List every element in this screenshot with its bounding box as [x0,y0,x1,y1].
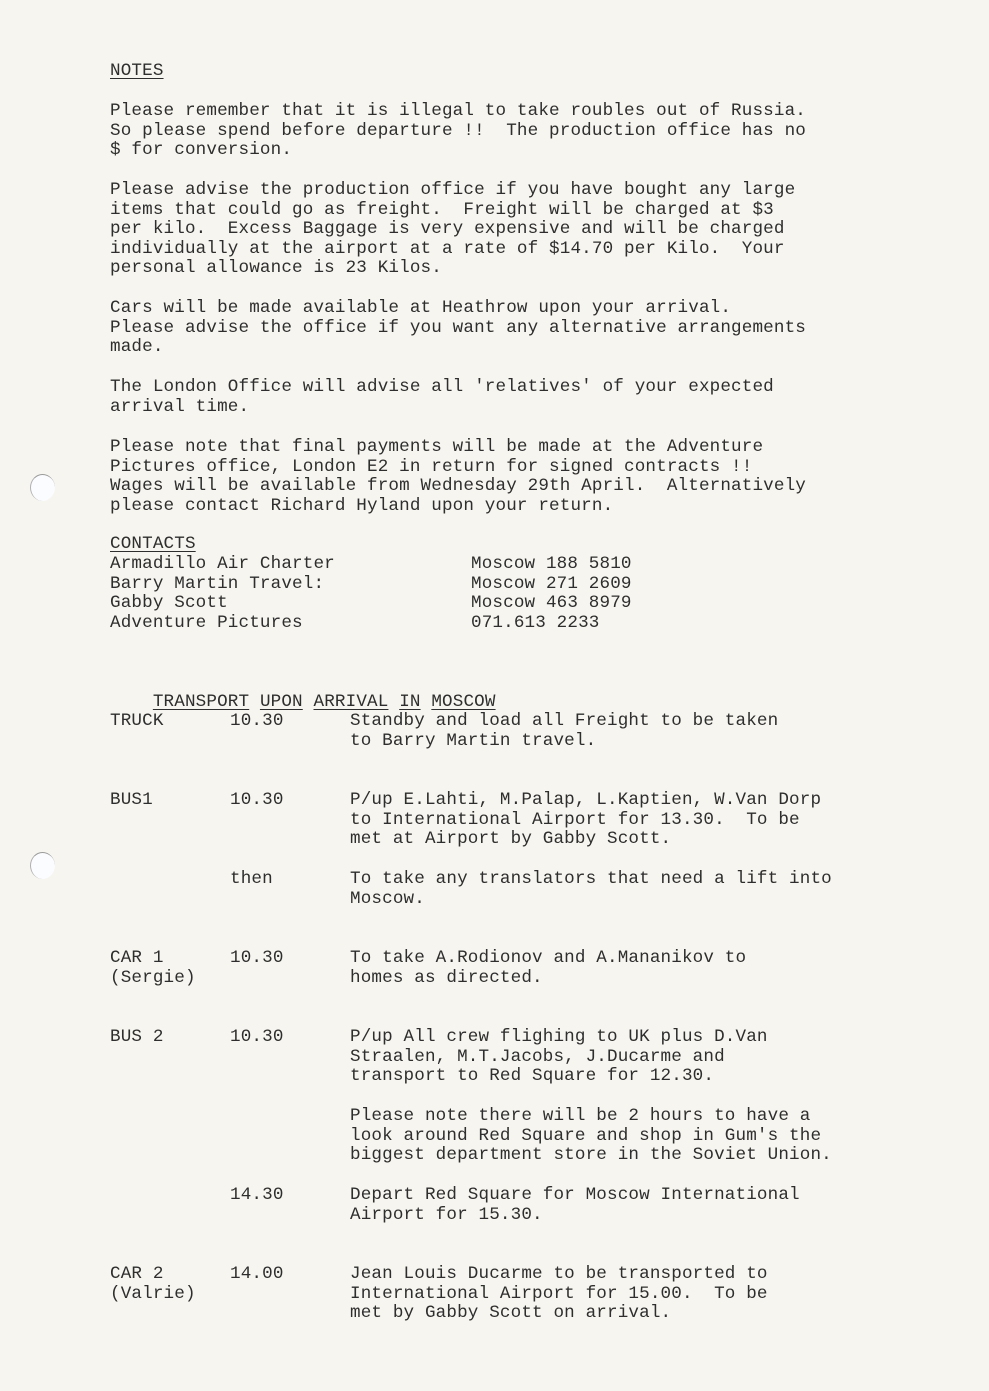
schedule-vehicle: TRUCK [110,712,164,732]
contact-name: Armadillo Air Charter [110,555,335,575]
schedule-time: 10.30 [230,712,284,732]
binder-hole [30,474,55,501]
transport-heading-word: UPON [260,692,303,712]
contact-name: Adventure Pictures [110,614,303,634]
notes-paragraph: Cars will be made available at Heathrow … [110,299,806,358]
binder-hole [30,852,55,879]
transport-heading-word: MOSCOW [431,692,495,712]
contact-number: Moscow 463 8979 [471,594,632,614]
schedule-time: 10.30 [230,791,284,811]
schedule-description: To take A.Rodionov and A.Mananikov to ho… [350,949,746,988]
contact-number: 071.613 2233 [471,614,600,634]
schedule-vehicle: BUS1 [110,791,153,811]
contact-name: Gabby Scott [110,594,228,614]
notes-paragraph: Please advise the production office if y… [110,181,795,279]
transport-heading-word: IN [399,692,420,712]
notes-heading: NOTES [110,62,164,82]
schedule-time: 10.30 [230,949,284,969]
schedule-description: Standby and load all Freight to be taken… [350,712,778,751]
transport-heading-word: TRANSPORT [153,692,249,712]
notes-paragraph: Please remember that it is illegal to ta… [110,102,806,161]
schedule-time: 14.00 [230,1265,284,1285]
contact-name: Barry Martin Travel: [110,575,324,595]
document-page: NOTES Please remember that it is illegal… [0,0,989,1391]
schedule-time: then [230,870,273,890]
schedule-description: To take any translators that need a lift… [350,870,832,909]
schedule-vehicle: CAR 1 (Sergie) [110,949,196,988]
transport-heading-word: ARRIVAL [314,692,389,712]
notes-paragraph: Please note that final payments will be … [110,438,806,516]
schedule-description: P/up E.Lahti, M.Palap, L.Kaptien, W.Van … [350,791,821,850]
schedule-vehicle: BUS 2 [110,1028,164,1048]
schedule-time: 14.30 [230,1186,284,1206]
contact-number: Moscow 271 2609 [471,575,632,595]
schedule-description: Depart Red Square for Moscow Internation… [350,1186,800,1225]
schedule-description: P/up All crew flighing to UK plus D.Van … [350,1028,768,1087]
contacts-heading: CONTACTS [110,535,196,555]
schedule-description: Jean Louis Ducarme to be transported to … [350,1265,768,1324]
schedule-description: Please note there will be 2 hours to hav… [350,1107,832,1166]
schedule-time: 10.30 [230,1028,284,1048]
notes-paragraph: The London Office will advise all 'relat… [110,378,774,417]
contact-number: Moscow 188 5810 [471,555,632,575]
schedule-vehicle: CAR 2 (Valrie) [110,1265,196,1304]
